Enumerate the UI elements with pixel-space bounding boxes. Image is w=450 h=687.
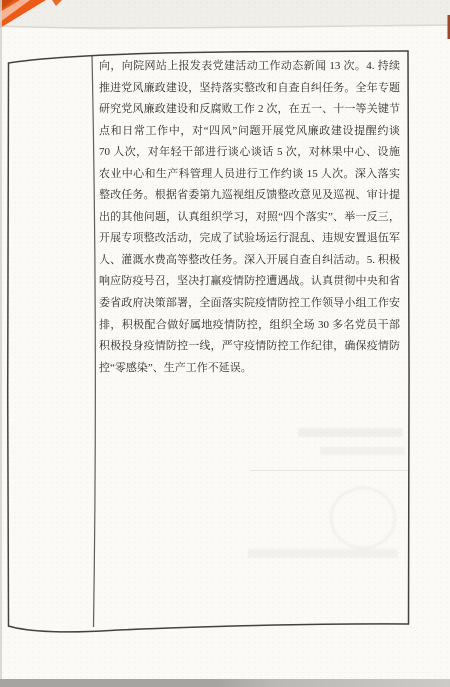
content-line: 向，向院网站上报发表党建活动工作动态新闻 13 次。4. 持续 [99,56,400,78]
content-line: 排，积极配合做好属地疫情防控，组织全场 30 多名党员干部 [99,315,400,337]
content-line: 委省政府决策部署，全面落实院疫情防控工作领导小组工作安 [99,293,400,315]
content-line: 控“零感染”、生产工作不延误。 [99,358,400,380]
content-line: 整改任务。根据省委第九巡视组反馈整改意见及巡视、审计提 [99,185,400,207]
content-line: 研究党风廉政建设和反腐败工作 2 次，在五一、十一等关键节 [99,99,400,121]
content-line: 70 人次，对年轻干部进行谈心谈话 5 次，对林果中心、设施 [99,142,400,164]
content-line: 推进党风廉政建设，坚持落实整改和自查自纠任务。全年专题 [99,78,400,100]
table-left-border [8,63,9,626]
content-cell-text: 向，向院网站上报发表党建活动工作动态新闻 13 次。4. 持续 推进党风廉政建设… [99,56,400,379]
content-line: 点和日常工作中，对“四风”问题开展党风廉政建设提醒约谈 [99,121,400,143]
table-column-divider [92,56,95,628]
content-line: 响应防疫号召，坚决打赢疫情防控遭遇战。认真贯彻中央和省 [99,271,400,293]
scan-left-edge [0,0,2,687]
content-line: 出的其他问题，认真组织学习，对照“四个落实”、举一反三， [99,207,400,229]
content-line: 农业中心和生产科管理人员进行工作约谈 15 人次。深入落实 [99,164,400,186]
table-bottom-border [9,624,409,632]
table-right-border [408,51,409,624]
content-line: 人、灌溉水费高等整改任务。深入开展自查自纠活动。5. 积极 [99,250,400,272]
content-line: 开展专项整改活动，完成了试验场运行混乱、违规安置退伍军 [99,228,400,250]
scanned-page: 向，向院网站上报发表党建活动工作动态新闻 13 次。4. 持续 推进党风廉政建设… [0,0,450,687]
scan-bottom-edge [0,679,450,687]
content-line: 积极投身疫情防控一线，严守疫情防控工作纪律，确保疫情防 [99,336,400,358]
